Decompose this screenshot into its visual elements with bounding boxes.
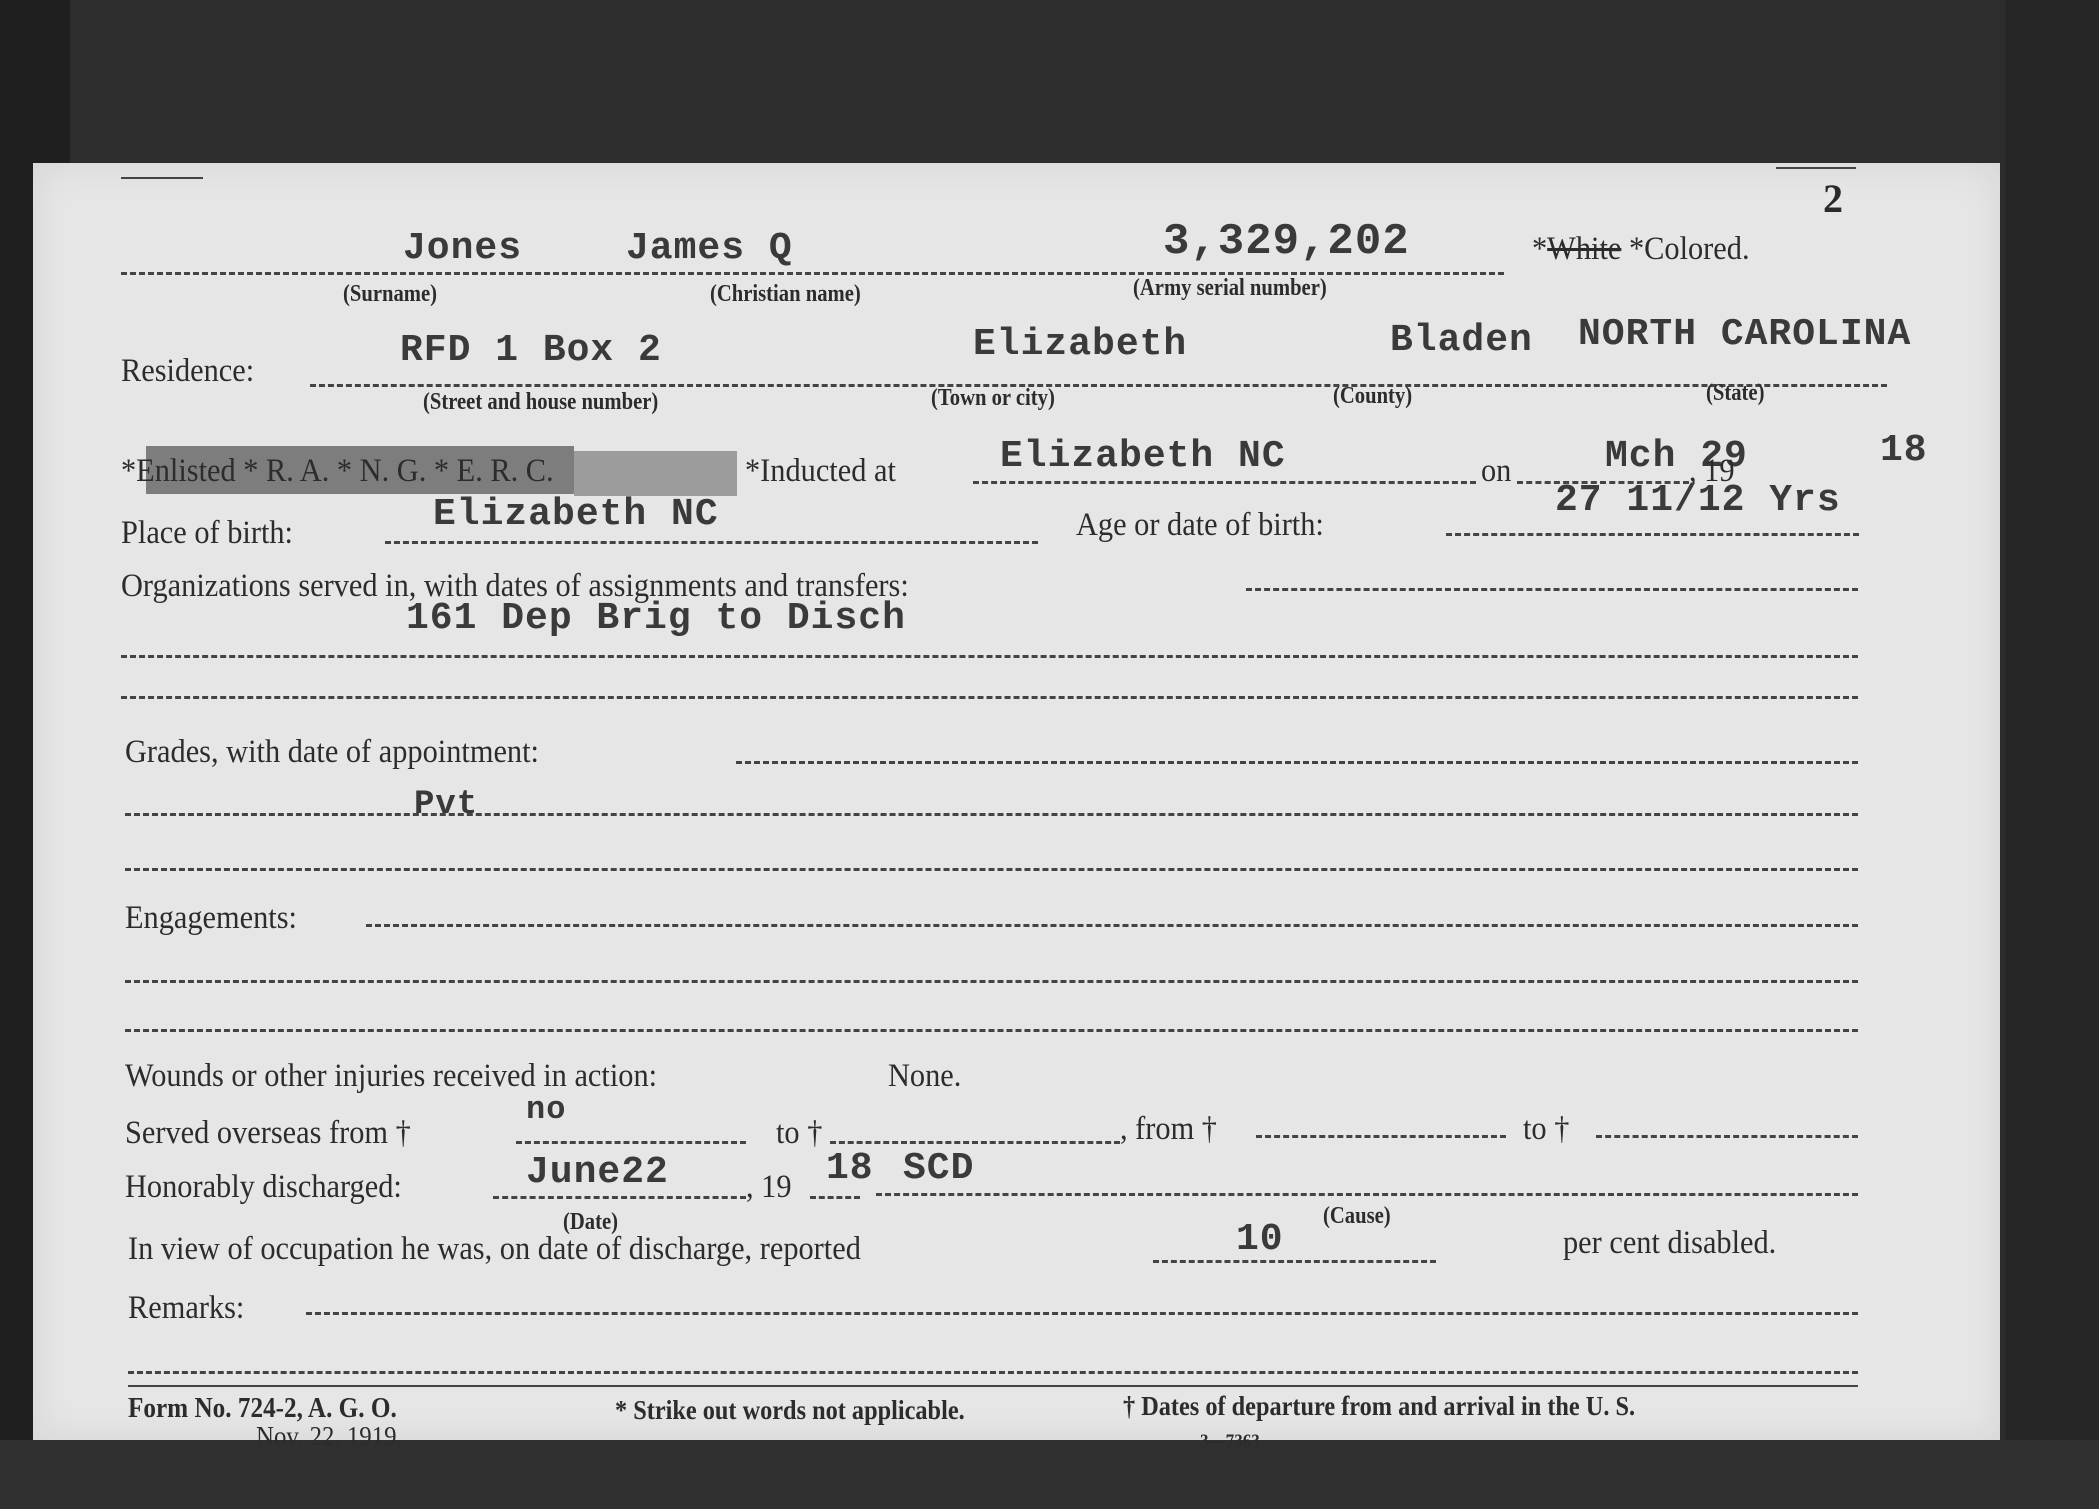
service-type-options: *Enlisted * R. A. * N. G. * E. R. C. [121,453,554,490]
print-code: 3—7363 [1200,1431,1260,1453]
disability-value: 10 [1236,1218,1284,1261]
organizations-line-1 [1246,588,1858,591]
serial-number-value: 3,329,202 [1163,217,1410,267]
remarks-label: Remarks: [128,1290,244,1327]
discharge-year-value: 18 [826,1147,874,1190]
inducted-place-line [973,481,1476,484]
wounds-label: Wounds or other injuries received in act… [125,1058,657,1095]
discharged-label: Honorably discharged: [125,1169,402,1206]
engagements-line-3 [125,1029,1858,1032]
overseas-to-label: to † [776,1115,822,1152]
overseas-from2-line [1256,1135,1506,1138]
residence-label: Residence: [121,353,254,390]
residence-town-value: Elizabeth [973,323,1187,366]
form-date: Nov. 22, 1919. [256,1421,403,1452]
organizations-line-3 [121,696,1858,699]
overseas-from-label: Served overseas from † [125,1115,411,1152]
strike-out-note: * Strike out words not applicable. [615,1395,965,1426]
serial-number-label: (Army serial number) [1133,275,1327,302]
age-label: Age or date of birth: [1076,507,1324,544]
place-of-birth-value: Elizabeth NC [433,493,719,536]
overseas-to2-label: to † [1523,1111,1569,1148]
residence-line [310,384,1887,387]
inducted-place-value: Elizabeth NC [1000,435,1286,478]
inducted-label: *Inducted at [745,453,896,490]
page-number: 2 [1823,175,1843,222]
on-label: on [1481,453,1511,490]
grades-line-1 [736,761,1858,764]
disability-label: In view of occupation he was, on date of… [128,1231,861,1268]
grades-line-3 [125,868,1858,871]
discharge-year-prefix: , 19 [746,1169,792,1206]
residence-county-value: Bladen [1390,319,1533,362]
overseas-to2-line [1596,1135,1858,1138]
induction-year-value: 18 [1880,429,1928,472]
overseas-from-value: no [526,1091,566,1128]
organizations-line-2 [121,655,1858,658]
christian-name-value: James Q [626,227,793,270]
disability-line [1153,1260,1436,1263]
service-record-card: 2 Jones James Q (Surname) (Christian nam… [33,163,2000,1440]
surname-label: (Surname) [343,281,437,308]
discharge-date-line [493,1196,746,1199]
residence-street-value: RFD 1 Box 2 [400,329,662,372]
race-options: *White *Colored. [1532,231,1750,268]
discharge-cause-value: SCD [903,1147,974,1190]
street-label: (Street and house number) [423,389,658,416]
overseas-to-line [830,1141,1120,1144]
discharge-cause-line [876,1193,1858,1196]
footer-rule [128,1385,1858,1387]
redaction-mark-light [574,451,737,496]
scan-background-right [2005,0,2099,1509]
engagements-line-1 [366,924,1858,927]
place-of-birth-label: Place of birth: [121,515,293,552]
town-label: (Town or city) [931,385,1055,412]
overseas-from2-label: , from † [1120,1111,1217,1148]
top-right-mark [1776,167,1856,169]
overseas-from-line [516,1141,746,1144]
surname-value: Jones [403,227,522,270]
wounds-value: None. [888,1058,961,1095]
race-colored: Colored. [1644,231,1749,267]
residence-state-value: NORTH CAROLINA [1578,313,1911,356]
remarks-line-1 [306,1312,1858,1315]
christian-name-label: (Christian name) [710,281,861,308]
discharge-year-line [810,1196,860,1199]
age-line [1446,533,1859,536]
cause-caption: (Cause) [1323,1203,1391,1230]
remarks-line-2 [128,1371,1858,1374]
top-left-mark [121,177,203,179]
race-white-struck: White [1547,231,1621,267]
engagements-label: Engagements: [125,900,297,937]
disability-suffix: per cent disabled. [1563,1225,1776,1262]
grades-line-2 [125,813,1858,816]
dagger-note: † Dates of departure from and arrival in… [1123,1391,1635,1422]
engagements-line-2 [125,980,1858,983]
county-label: (County) [1333,383,1412,410]
place-of-birth-line [385,541,1038,544]
discharge-date-value: June22 [526,1151,669,1194]
grades-value: Pvt [414,786,478,824]
age-value: 27 11/12 Yrs [1555,479,1841,522]
grades-label: Grades, with date of appointment: [125,734,539,771]
organizations-value: 161 Dep Brig to Disch [406,597,906,640]
state-label: (State) [1706,380,1764,407]
